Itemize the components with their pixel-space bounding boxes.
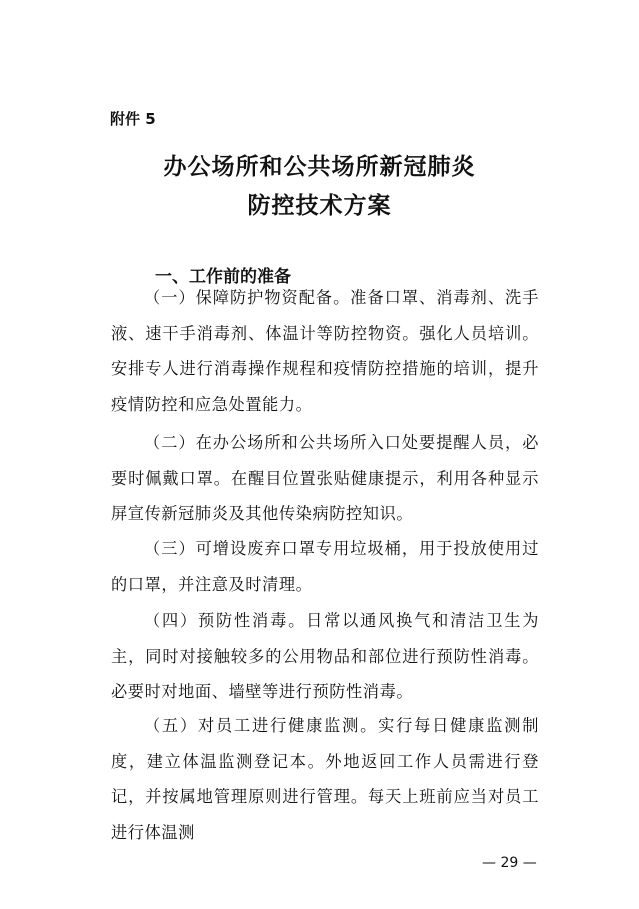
page-number: — 29 —	[482, 855, 537, 871]
attachment-label: 附件 5	[110, 108, 156, 129]
paragraph-3: （三）可增设废弃口罩专用垃圾桶，用于投放使用过的口罩，并注意及时清理。	[111, 531, 539, 602]
paragraph-2: （二）在办公场所和公共场所入口处要提醒人员，必要时佩戴口罩。在醒目位置张贴健康提…	[111, 425, 539, 532]
document-title-line-2: 防控技术方案	[0, 187, 639, 220]
paragraph-4: （四）预防性消毒。日常以通风换气和清洁卫生为主，同时对接触较多的公用物品和部位进…	[111, 603, 539, 710]
document-title-line-1: 办公场所和公共场所新冠肺炎	[0, 148, 639, 181]
paragraph-5: （五）对员工进行健康监测。实行每日健康监测制度，建立体温监测登记本。外地返回工作…	[111, 708, 539, 850]
paragraph-1: （一）保障防护物资配备。准备口罩、消毒剂、洗手液、速干手消毒剂、体温计等防控物资…	[111, 280, 539, 422]
